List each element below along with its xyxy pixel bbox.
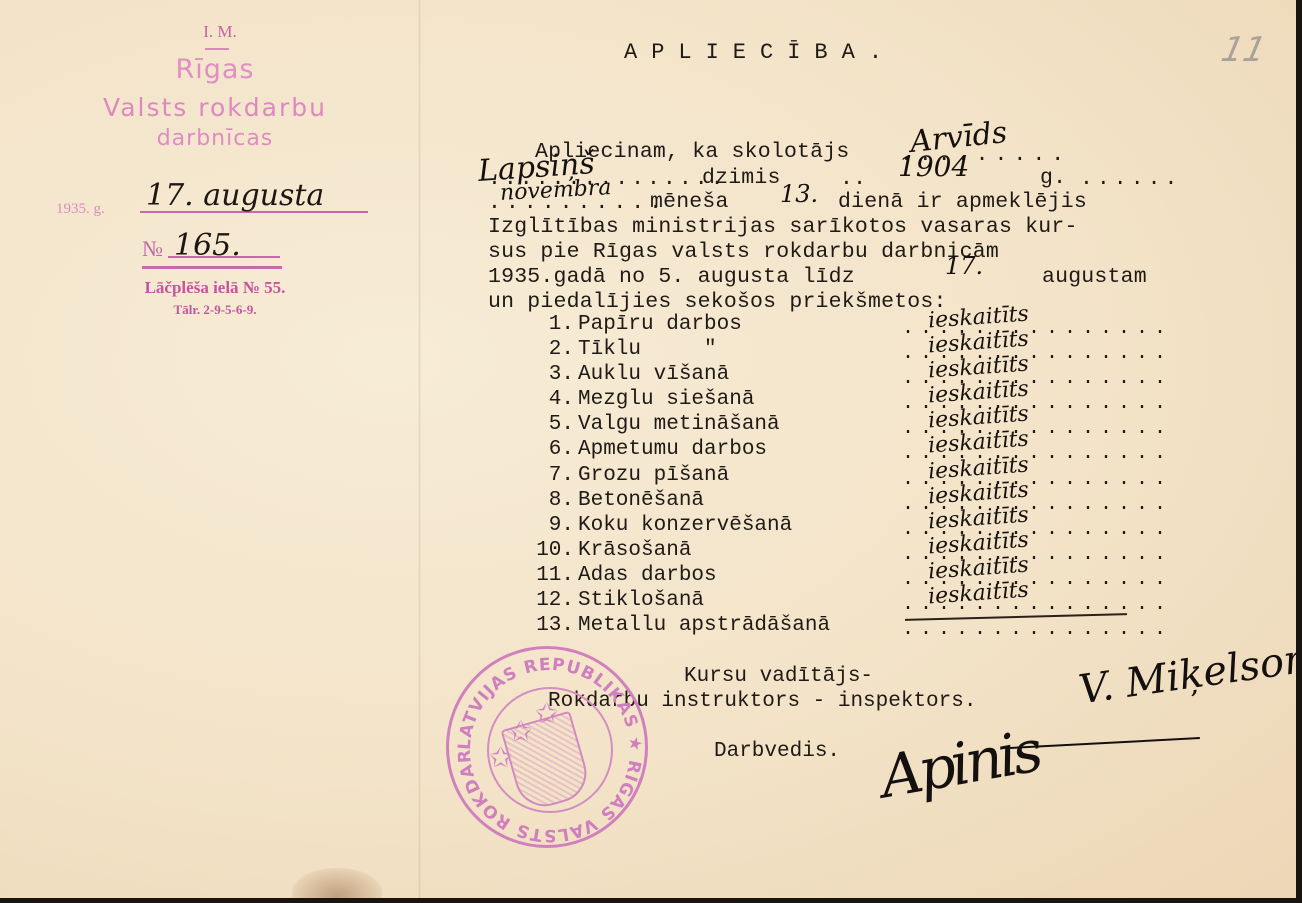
subject-number: 13. [520,614,574,637]
handwritten-birth-year: 1904 [898,150,969,183]
star-icon: ✩ [509,715,532,749]
stamp-line-rigas: Rīgas [80,54,350,85]
subject-number: 3. [520,363,574,386]
document-title: APLIECĪBA. [624,40,896,65]
subject-name: Auklu vīšanā [578,363,729,386]
dots-3: .. [840,167,866,191]
handwritten-course-end-day: 17. [945,252,983,280]
subject-name: Koku konzervēšanā [578,514,792,537]
subject-name: Stiklošanā [578,589,704,612]
body-line-3-rest: dienā ir apmeklējis [838,190,1087,214]
pencil-page-number: 11 [1218,30,1270,70]
stamp-org-abbrev: I. M. [160,22,280,42]
subject-number: 9. [520,514,574,537]
subject-name: Adas darbos [578,564,717,587]
signature-course-leader: V. Miķelsons [1076,633,1296,714]
subject-number: 11. [520,564,574,587]
month-label: mēneša [650,190,729,214]
subject-number: 5. [520,413,574,436]
stamp-phone: Tālr. 2-9-5-6-9. [80,302,350,318]
subject-name: Tīklu " [578,338,717,361]
subject-name: Metallu apstrādāšanā [578,614,830,637]
subject-name: Krāsošanā [578,539,691,562]
subject-number: 10. [520,539,574,562]
subject-name: Grozu pīšanā [578,464,729,487]
signature-clerk: Apinis [875,717,1044,812]
handwritten-birth-day: 13. [780,180,818,208]
subject-name: Betonēšanā [578,489,704,512]
body-line-6-start: 1935.gadā no 5. augusta līdz [488,265,855,289]
handwritten-issue-date: 17. augusta [146,178,324,213]
subject-name: Papīru darbos [578,313,742,336]
body-line-5: sus pie Rīgas valsts rokdarbu darbnicām [488,240,999,264]
stamp-address: Lāčplēša ielā № 55. [80,278,350,298]
body-line-6-end: augustam [1042,265,1147,289]
signature-flourish [1010,737,1200,749]
handwritten-document-number: 165. [174,228,241,263]
subject-number: 8. [520,489,574,512]
year-suffix: g. [1040,166,1066,190]
subject-number: 7. [520,464,574,487]
subject-number: 1. [520,313,574,336]
certificate-page: I. M. Rīgas Valsts rokdarbu darbnīcas 19… [0,0,1296,898]
body-line-7: un piedalījies sekošos priekšmetos: [488,290,947,314]
subject-number: 4. [520,388,574,411]
subject-name: Valgu metināšanā [578,413,780,436]
stamp-line-valsts: Valsts rokdarbu [40,93,390,122]
paper-fold [418,0,421,898]
subject-name: Apmetumu darbos [578,438,767,461]
role-clerk: Darbvedis. [714,740,840,763]
stamp-year-prefix: 1935. g. [56,201,105,218]
stamp-line-darbnicas: darbnīcas [80,126,350,151]
stamp-number-prefix: № [142,236,163,262]
subject-dot-leader: .......................... [902,618,1170,641]
stamp-double-rule [142,266,282,269]
body-line-4: Izglītības ministrijas sarīkotos vasaras… [488,215,1078,239]
born-label: dzimis [702,166,781,190]
star-icon: ✩ [535,697,558,731]
paper-stain [292,868,382,898]
subject-number: 6. [520,438,574,461]
role-course-leader: Kursu vadītājs- [684,665,873,688]
stamp-divider [205,48,229,50]
dots-4: ...... [1080,167,1181,191]
round-seal: LATVIJAS REPUBLIKAS ★ RĪGAS VALSTS ROKDA… [446,646,648,848]
subject-number: 12. [520,589,574,612]
subject-number: 2. [520,338,574,361]
subject-name: Mezglu siešanā [578,388,754,411]
